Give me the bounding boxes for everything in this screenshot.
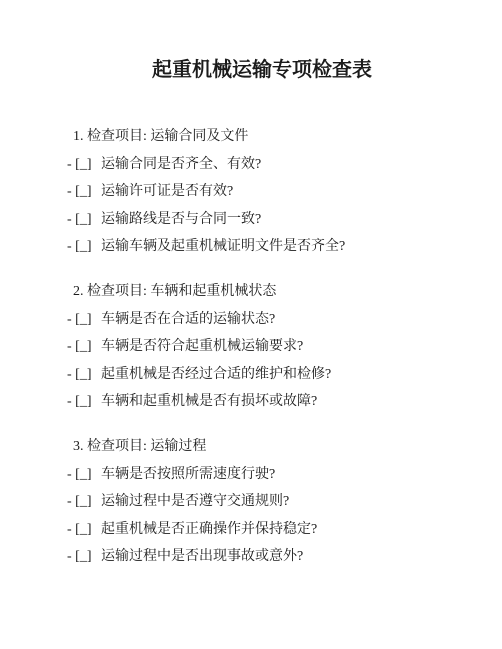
checkbox-marker: - [_] (67, 312, 92, 327)
checklist-item: - [_] 车辆是否按照所需速度行驶? (67, 461, 502, 489)
checklist-item: - [_] 运输车辆及起重机械证明文件是否齐全? (67, 233, 502, 261)
checkbox-marker: - [_] (67, 522, 92, 537)
checklist-item-text: 车辆和起重机械是否有损坏或故障? (101, 394, 317, 409)
checklist-item-text: 起重机械是否正确操作并保持稳定? (101, 522, 317, 537)
checklist-item-text: 运输合同是否齐全、有效? (101, 157, 261, 172)
section-heading: 3. 检查项目: 运输过程 (67, 433, 502, 461)
checklist-item-text: 运输路线是否与合同一致? (101, 212, 261, 227)
checkbox-marker: - [_] (67, 212, 92, 227)
checklist-item: - [_] 运输过程中是否遵守交通规则? (67, 488, 502, 516)
checklist-item-text: 车辆是否符合起重机械运输要求? (101, 339, 303, 354)
checklist-item-text: 车辆是否按照所需速度行驶? (101, 467, 275, 482)
checkbox-marker: - [_] (67, 394, 92, 409)
checklist-item: - [_] 车辆和起重机械是否有损坏或故障? (67, 388, 502, 416)
section-items: - [_] 车辆是否在合适的运输状态? - [_] 车辆是否符合起重机械运输要求… (67, 306, 502, 416)
checkbox-marker: - [_] (67, 367, 92, 382)
checklist: 1. 检查项目: 运输合同及文件 - [_] 运输合同是否齐全、有效? - [_… (67, 123, 502, 571)
checklist-item: - [_] 运输路线是否与合同一致? (67, 206, 502, 234)
section-items: - [_] 车辆是否按照所需速度行驶? - [_] 运输过程中是否遵守交通规则?… (67, 461, 502, 571)
checklist-item: - [_] 运输合同是否齐全、有效? (67, 151, 502, 179)
checkbox-marker: - [_] (67, 157, 92, 172)
checklist-item: - [_] 运输过程中是否出现事故或意外? (67, 543, 502, 571)
checklist-item: - [_] 运输许可证是否有效? (67, 178, 502, 206)
checklist-item-text: 运输许可证是否有效? (101, 184, 233, 199)
section-heading: 1. 检查项目: 运输合同及文件 (67, 123, 502, 151)
checkbox-marker: - [_] (67, 239, 92, 254)
checklist-item-text: 车辆是否在合适的运输状态? (101, 312, 275, 327)
checklist-section: 3. 检查项目: 运输过程 - [_] 车辆是否按照所需速度行驶? - [_] … (67, 433, 502, 571)
checkbox-marker: - [_] (67, 494, 92, 509)
checklist-item-text: 运输过程中是否遵守交通规则? (101, 494, 289, 509)
checklist-section: 2. 检查项目: 车辆和起重机械状态 - [_] 车辆是否在合适的运输状态? -… (67, 278, 502, 416)
checklist-item: - [_] 起重机械是否经过合适的维护和检修? (67, 361, 502, 389)
section-heading: 2. 检查项目: 车辆和起重机械状态 (67, 278, 502, 306)
section-items: - [_] 运输合同是否齐全、有效? - [_] 运输许可证是否有效? - [_… (67, 151, 502, 261)
checklist-item: - [_] 车辆是否在合适的运输状态? (67, 306, 502, 334)
checkbox-marker: - [_] (67, 339, 92, 354)
checkbox-marker: - [_] (67, 467, 92, 482)
document-title: 起重机械运输专项检查表 (0, 0, 502, 83)
checklist-item: - [_] 车辆是否符合起重机械运输要求? (67, 333, 502, 361)
checklist-section: 1. 检查项目: 运输合同及文件 - [_] 运输合同是否齐全、有效? - [_… (67, 123, 502, 261)
document-page: 起重机械运输专项检查表 1. 检查项目: 运输合同及文件 - [_] 运输合同是… (0, 0, 502, 649)
checkbox-marker: - [_] (67, 549, 92, 564)
checklist-item-text: 运输过程中是否出现事故或意外? (101, 549, 303, 564)
checkbox-marker: - [_] (67, 184, 92, 199)
checklist-item-text: 运输车辆及起重机械证明文件是否齐全? (101, 239, 345, 254)
checklist-item-text: 起重机械是否经过合适的维护和检修? (101, 367, 331, 382)
checklist-item: - [_] 起重机械是否正确操作并保持稳定? (67, 516, 502, 544)
